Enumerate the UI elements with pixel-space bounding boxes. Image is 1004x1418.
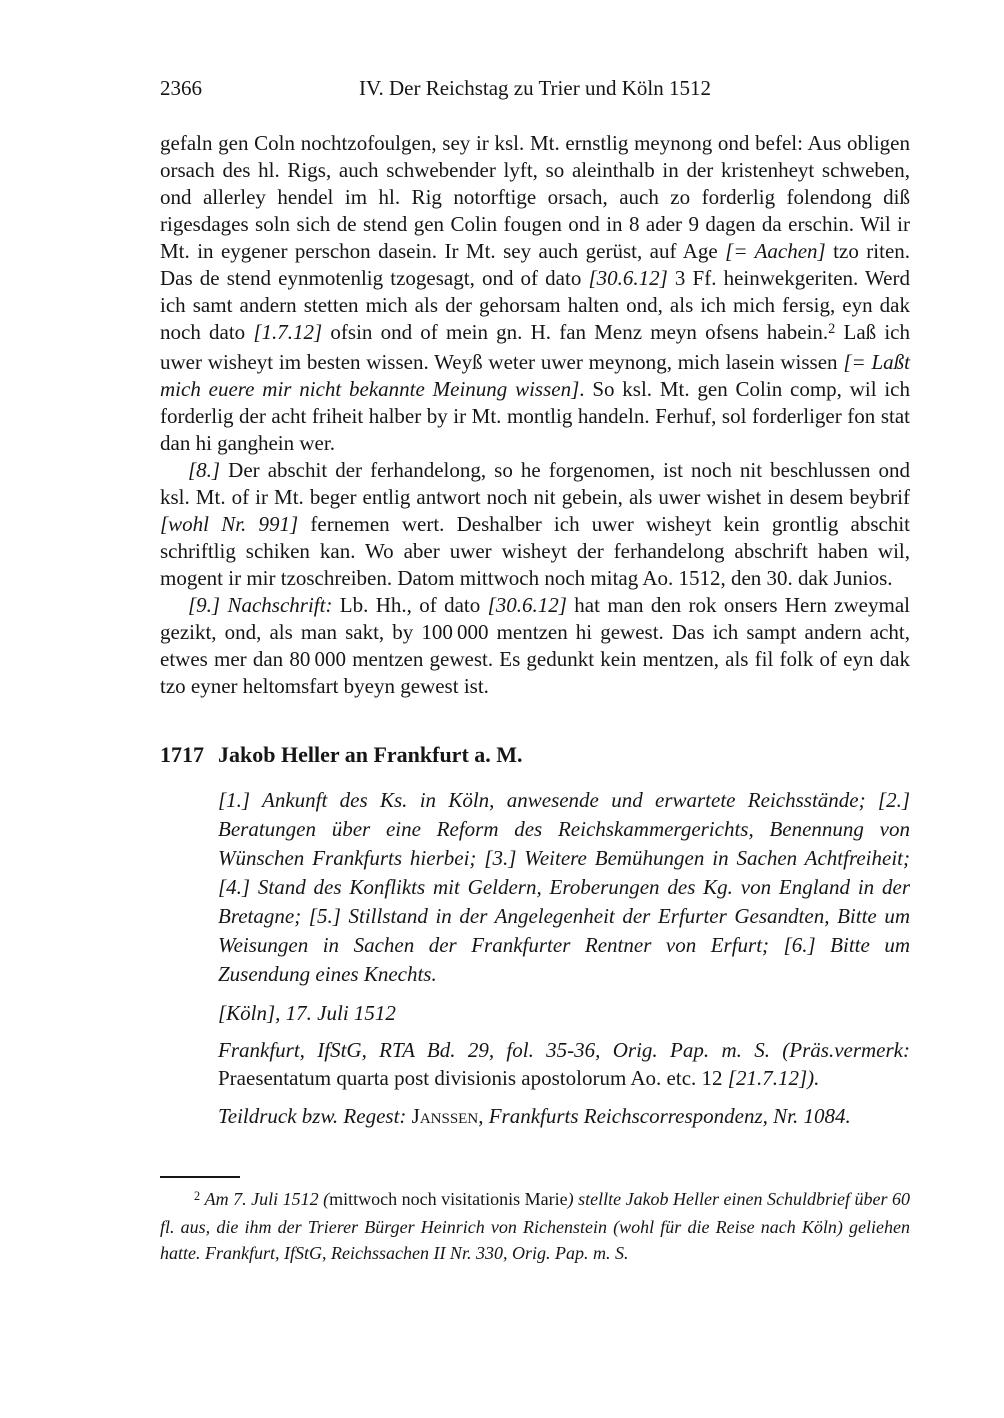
entry-dateline: [Köln], 17. Juli 1512 — [218, 999, 910, 1028]
entry-block: [1.] Ankunft des Ks. in Köln, anwesende … — [218, 786, 910, 1130]
footnote-separator-rule — [160, 1176, 240, 1178]
body-paragraph-continuation: gefaln gen Coln nochtzofoulgen, sey ir k… — [160, 130, 910, 457]
entry-number: 1717 — [160, 740, 218, 770]
entry-archive-reference: Frankfurt, IfStG, RTA Bd. 29, fol. 35-36… — [218, 1036, 910, 1092]
footnote-area: 2 Am 7. Juli 1512 (mittwoch noch visitat… — [160, 1176, 910, 1266]
entry-print-reference: Teildruck bzw. Regest: Janssen, Frankfur… — [218, 1102, 910, 1130]
entry-title: Jakob Heller an Frankfurt a. M. — [218, 740, 523, 770]
footnote-2: 2 Am 7. Juli 1512 (mittwoch noch visitat… — [160, 1186, 910, 1266]
entry-1717: 1717 Jakob Heller an Frankfurt a. M. [1.… — [160, 740, 910, 1130]
running-title: IV. Der Reichstag zu Trier und Köln 1512 — [160, 76, 910, 101]
body-paragraph-9: [9.] Nachschrift: Lb. Hh., of dato [30.6… — [160, 592, 910, 700]
entry-summary: [1.] Ankunft des Ks. in Köln, anwesende … — [218, 786, 910, 989]
entry-heading: 1717 Jakob Heller an Frankfurt a. M. — [160, 740, 910, 770]
letter-body: gefaln gen Coln nochtzofoulgen, sey ir k… — [160, 130, 910, 700]
body-paragraph-8: [8.] Der abschit der ferhandelong, so he… — [160, 457, 910, 592]
running-head: 2366 IV. Der Reichstag zu Trier und Köln… — [160, 76, 910, 106]
document-page: 2366 IV. Der Reichstag zu Trier und Köln… — [0, 0, 1004, 1418]
page-number: 2366 — [160, 76, 202, 101]
